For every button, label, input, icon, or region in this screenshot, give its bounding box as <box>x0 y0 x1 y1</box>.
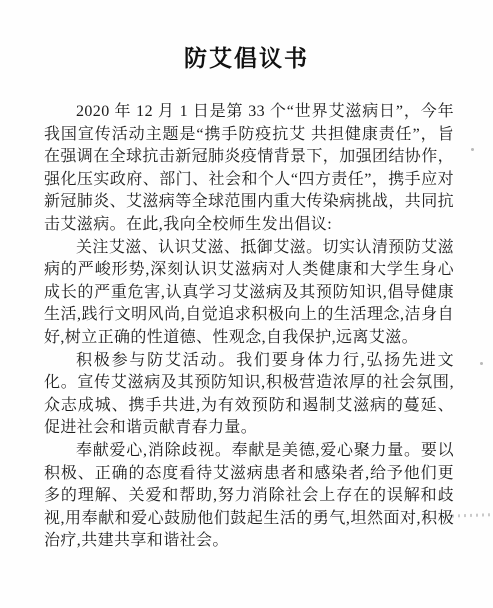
document-body: 2020 年 12 月 1 日是第 33 个“世界艾滋病日”，今年我国宣传活动主… <box>44 101 454 553</box>
paragraph: 2020 年 12 月 1 日是第 33 个“世界艾滋病日”，今年我国宣传活动主… <box>44 101 454 237</box>
paragraph: 积极参与防艾活动。我们要身体力行,弘扬先进文化。宣传艾滋病及其预防知识,积极营造… <box>44 350 454 440</box>
scan-artifact-speck <box>480 362 483 365</box>
scan-artifact-smudge <box>446 513 490 518</box>
scan-artifact-speck <box>471 148 474 151</box>
document-page: 防艾倡议书 2020 年 12 月 1 日是第 33 个“世界艾滋病日”，今年我… <box>0 0 493 608</box>
paragraph: 关注艾滋、认识艾滋、抵御艾滋。切实认清预防艾滋病的严峻形势,深刻认识艾滋病对人类… <box>44 237 454 350</box>
paragraph: 奉献爱心,消除歧视。奉献是美德,爱心聚力量。要以积极、正确的态度看待艾滋病患者和… <box>44 440 454 553</box>
document-title: 防艾倡议书 <box>0 0 493 73</box>
